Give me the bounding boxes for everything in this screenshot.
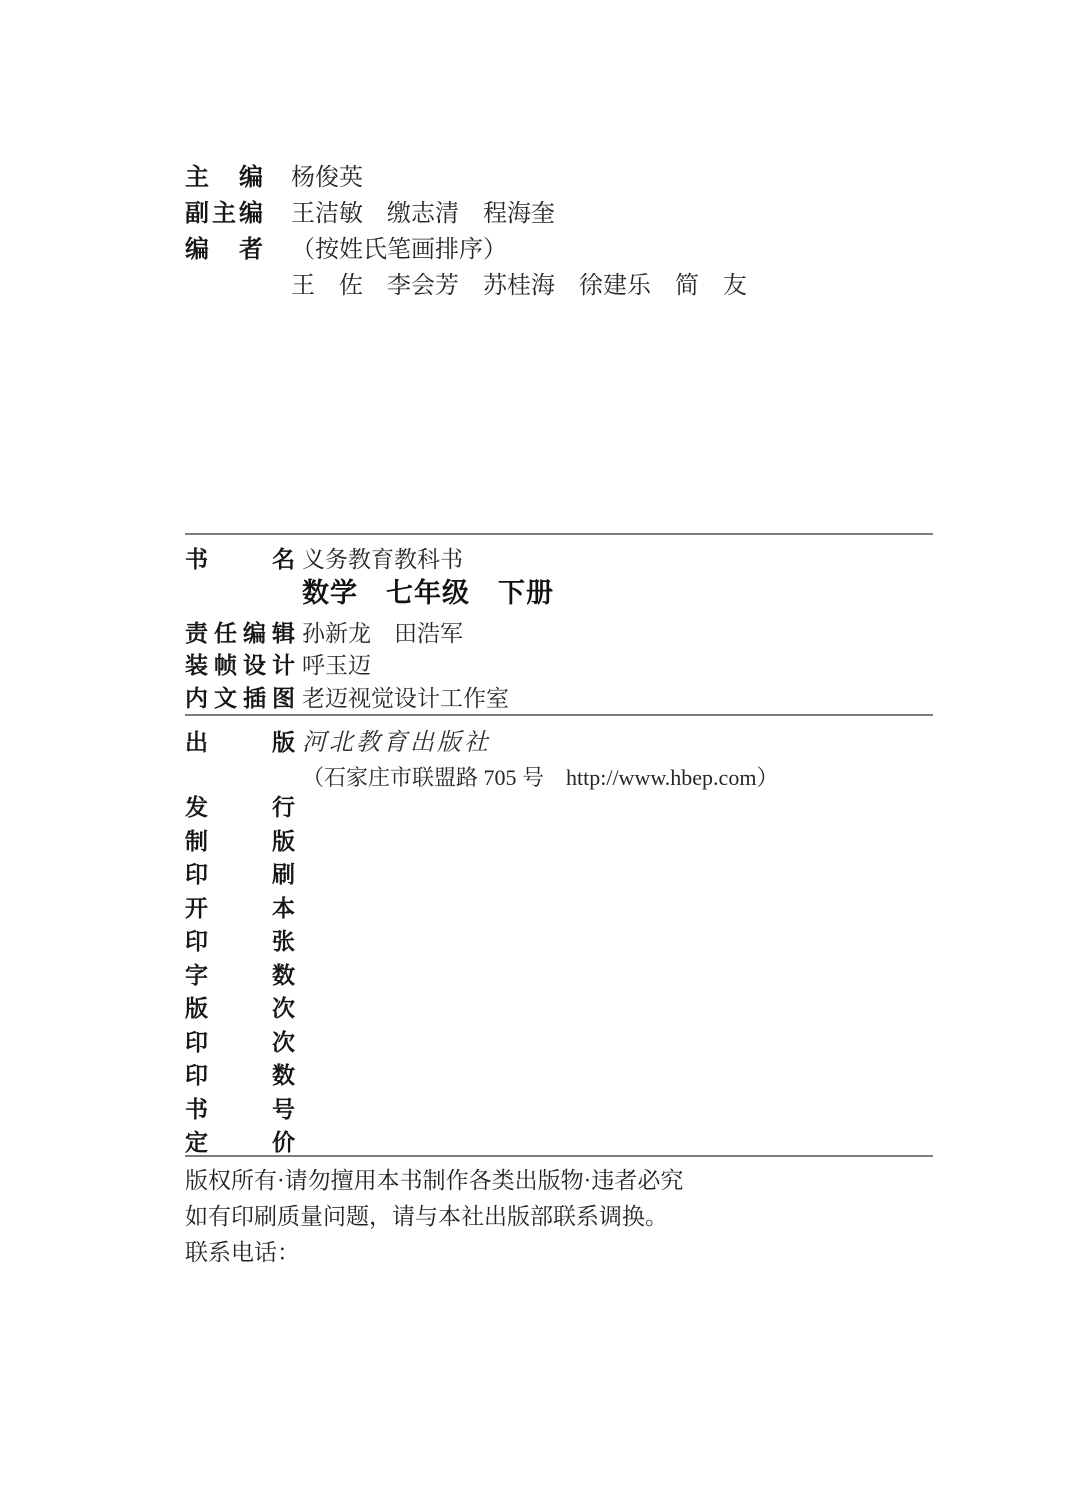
contributors-label: 编 者 (185, 232, 263, 268)
divider-top (185, 533, 933, 535)
editors-block: 主 编 杨俊英 副主编 王洁敏 缴志清 程海奎 编 者 （按姓氏笔画排序） 王 … (185, 160, 747, 304)
printing-label: 印 刷 (185, 858, 295, 892)
design-name: 呼玉迈 (302, 651, 371, 681)
design-label: 装帧设计 (185, 651, 295, 681)
isbn-row: 书 号 (185, 1093, 295, 1127)
publisher-row: 出 版 河北教育出版社 (185, 724, 778, 758)
print-run-label: 印 数 (185, 1059, 295, 1093)
contact-phone-label: 联系电话： (185, 1235, 683, 1271)
price-label: 定 价 (185, 1126, 295, 1160)
word-count-row: 字 数 (185, 959, 295, 993)
colophon-page: 主 编 杨俊英 副主编 王洁敏 缴志清 程海奎 编 者 （按姓氏笔画排序） 王 … (0, 0, 1080, 1491)
contributors-row: 编 者 （按姓氏笔画排序） (185, 232, 747, 268)
book-title-row: 数学 七年级 下册 (185, 578, 554, 608)
illustration-studio: 老迈视觉设计工作室 (302, 684, 509, 714)
price-row: 定 价 (185, 1126, 295, 1160)
impression-row: 印 次 (185, 1026, 295, 1060)
print-run-row: 印 数 (185, 1059, 295, 1093)
isbn-label: 书 号 (185, 1093, 295, 1127)
design-row: 装帧设计 呼玉迈 (185, 651, 371, 681)
chief-editor-row: 主 编 杨俊英 (185, 160, 747, 196)
responsible-editor-names: 孙新龙 田浩军 (302, 619, 463, 649)
book-title: 数学 七年级 下册 (302, 578, 554, 608)
publisher-label: 出 版 (185, 724, 295, 757)
quality-notice: 如有印刷质量问题，请与本社出版部联系调换。 (185, 1199, 683, 1235)
chief-editor-label: 主 编 (185, 160, 263, 196)
format-row: 开 本 (185, 892, 295, 926)
format-label: 开 本 (185, 892, 295, 926)
impression-label: 印 次 (185, 1026, 295, 1060)
edition-label: 版 次 (185, 992, 295, 1026)
publisher-address: （石家庄市联盟路 705 号 http://www.hbep.com） (302, 763, 778, 793)
distribution-label: 发 行 (185, 791, 295, 825)
sheets-label: 印 张 (185, 925, 295, 959)
divider-bottom (185, 1155, 933, 1157)
contributors-names: 王 佐 李会芳 苏桂海 徐建乐 简 友 (291, 268, 747, 304)
contributors-note: （按姓氏笔画排序） (291, 232, 507, 268)
sheets-row: 印 张 (185, 925, 295, 959)
divider-middle (185, 714, 933, 716)
word-count-label: 字 数 (185, 959, 295, 993)
copyright-footer: 版权所有·请勿擅用本书制作各类出版物·违者必究 如有印刷质量问题，请与本社出版部… (185, 1163, 683, 1271)
responsible-editor-row: 责任编辑 孙新龙 田浩军 (185, 619, 463, 649)
illustration-label: 内文插图 (185, 684, 295, 714)
book-series: 义务教育教科书 (302, 545, 463, 575)
publisher-block: 出 版 河北教育出版社 （石家庄市联盟路 705 号 http://www.hb… (185, 724, 778, 793)
edition-row: 版 次 (185, 992, 295, 1026)
printing-row: 印 刷 (185, 858, 295, 892)
deputy-editor-names: 王洁敏 缴志清 程海奎 (291, 196, 555, 232)
responsible-editor-label: 责任编辑 (185, 619, 295, 649)
plate-making-label: 制 版 (185, 825, 295, 859)
book-name-label: 书 名 (185, 545, 295, 575)
copyright-notice: 版权所有·请勿擅用本书制作各类出版物·违者必究 (185, 1163, 683, 1199)
distribution-row: 发 行 (185, 791, 295, 825)
deputy-editor-label: 副主编 (185, 196, 263, 232)
publisher-name: 河北教育出版社 (302, 728, 491, 758)
colophon-fields-block: 发 行 制 版 印 刷 开 本 印 张 字 数 版 次 印 次 印 数 书 号 … (185, 791, 295, 1160)
chief-editor-name: 杨俊英 (291, 160, 363, 196)
book-name-row: 书 名 义务教育教科书 (185, 545, 463, 575)
illustration-row: 内文插图 老迈视觉设计工作室 (185, 684, 509, 714)
deputy-editor-row: 副主编 王洁敏 缴志清 程海奎 (185, 196, 747, 232)
plate-making-row: 制 版 (185, 825, 295, 859)
